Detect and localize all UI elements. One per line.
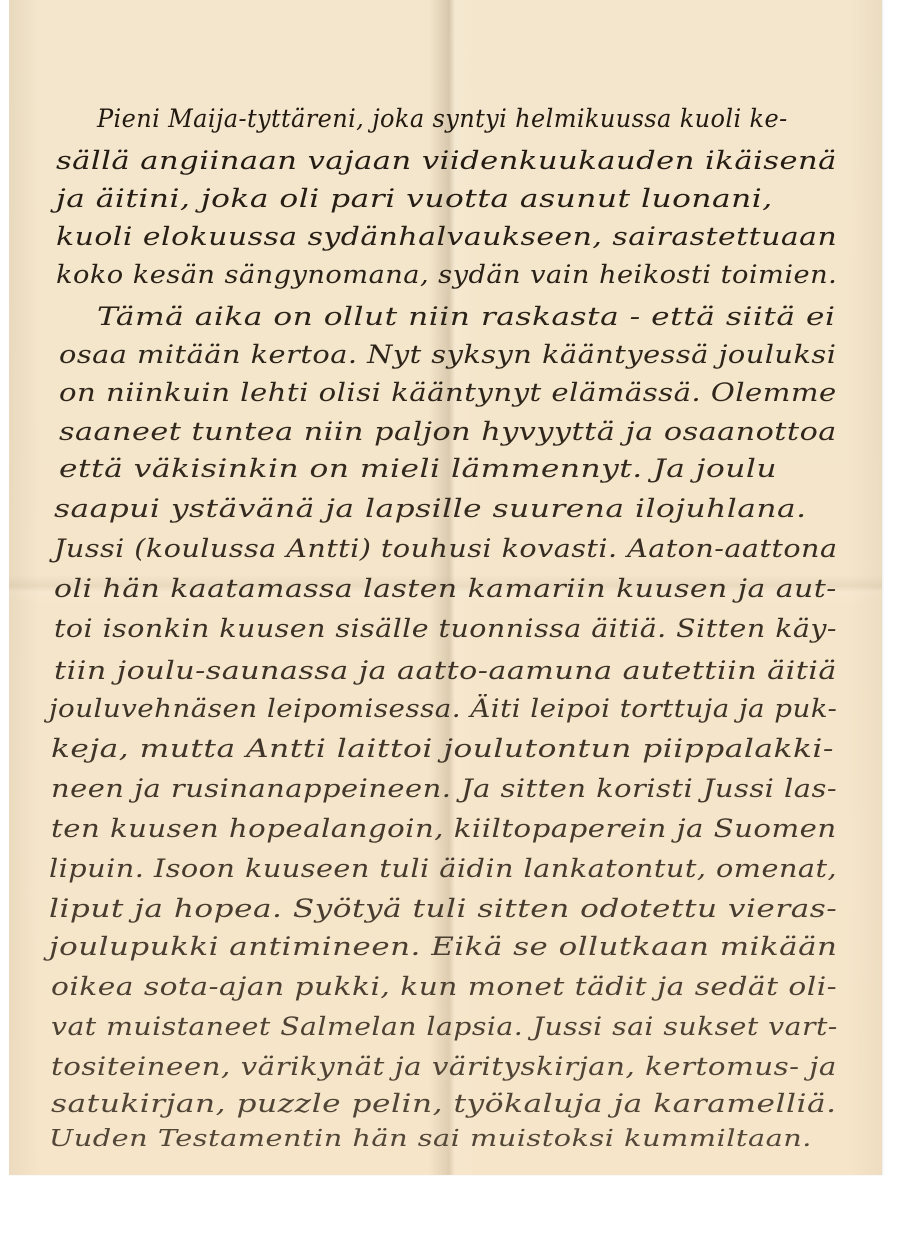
letter-line: Uuden Testamentin hän sai muistoksi kumm…	[49, 1124, 812, 1154]
letter-line: liput ja hopea. Syötyä tuli sitten odote…	[49, 894, 837, 924]
letter-line: toi isonkin kuusen sisälle tuonnissa äit…	[54, 614, 837, 644]
letter-line: neen ja rusinanappeineen. Ja sitten kori…	[51, 774, 837, 804]
letter-line: koko kesän sängynomana, sydän vain heiko…	[56, 260, 837, 290]
letter-page: Pieni Maija-tyttäreni, joka syntyi helmi…	[9, 0, 882, 1175]
letter-line: Tämä aika on ollut niin raskasta - että …	[97, 302, 835, 332]
letter-line: osaa mitään kertoa. Nyt syksyn kääntyess…	[59, 340, 836, 370]
letter-line: Jussi (koulussa Antti) touhusi kovasti. …	[54, 534, 837, 564]
letter-line: saapui ystävänä ja lapsille suurena iloj…	[54, 494, 807, 524]
letter-line: oli hän kaatamassa lasten kamariin kuuse…	[54, 574, 837, 604]
letter-line: että väkisinkin on mieli lämmennyt. Ja j…	[59, 454, 777, 484]
letter-line: vat muistaneet Salmelan lapsia. Jussi sa…	[51, 1012, 838, 1042]
letter-line: joulupukki antimineen. Eikä se ollutkaan…	[49, 932, 837, 962]
letter-line: Pieni Maija-tyttäreni, joka syntyi helmi…	[97, 104, 837, 134]
letter-line: tiin joulu-saunassa ja aatto-aamuna aute…	[54, 656, 837, 686]
letter-line: kuoli elokuussa sydänhalvaukseen, sairas…	[56, 222, 837, 252]
letter-line: jouluvehnäsen leipomisessa. Äiti leipoi …	[49, 694, 837, 724]
letter-line: lipuin. Isoon kuuseen tuli äidin lankato…	[49, 854, 837, 884]
letter-line: keja, mutta Antti laittoi joulutontun pi…	[51, 734, 834, 764]
letter-line: sällä angiinaan vajaan viidenkuukauden i…	[56, 146, 837, 176]
letter-line: on niinkuin lehti olisi kääntynyt elämäs…	[59, 378, 837, 408]
letter-line: tositeineen, värikynät ja värityskirjan,…	[51, 1052, 837, 1082]
letter-line: satukirjan, puzzle pelin, työkaluja ja k…	[51, 1089, 837, 1119]
letter-line: oikea sota-ajan pukki, kun monet tädit j…	[51, 972, 837, 1002]
letter-line: ja äitini, joka oli pari vuotta asunut l…	[56, 184, 773, 214]
letter-line: saaneet tuntea niin paljon hyvyyttä ja o…	[59, 417, 837, 447]
letter-line: ten kuusen hopealangoin, kiiltopaperein …	[51, 814, 837, 844]
